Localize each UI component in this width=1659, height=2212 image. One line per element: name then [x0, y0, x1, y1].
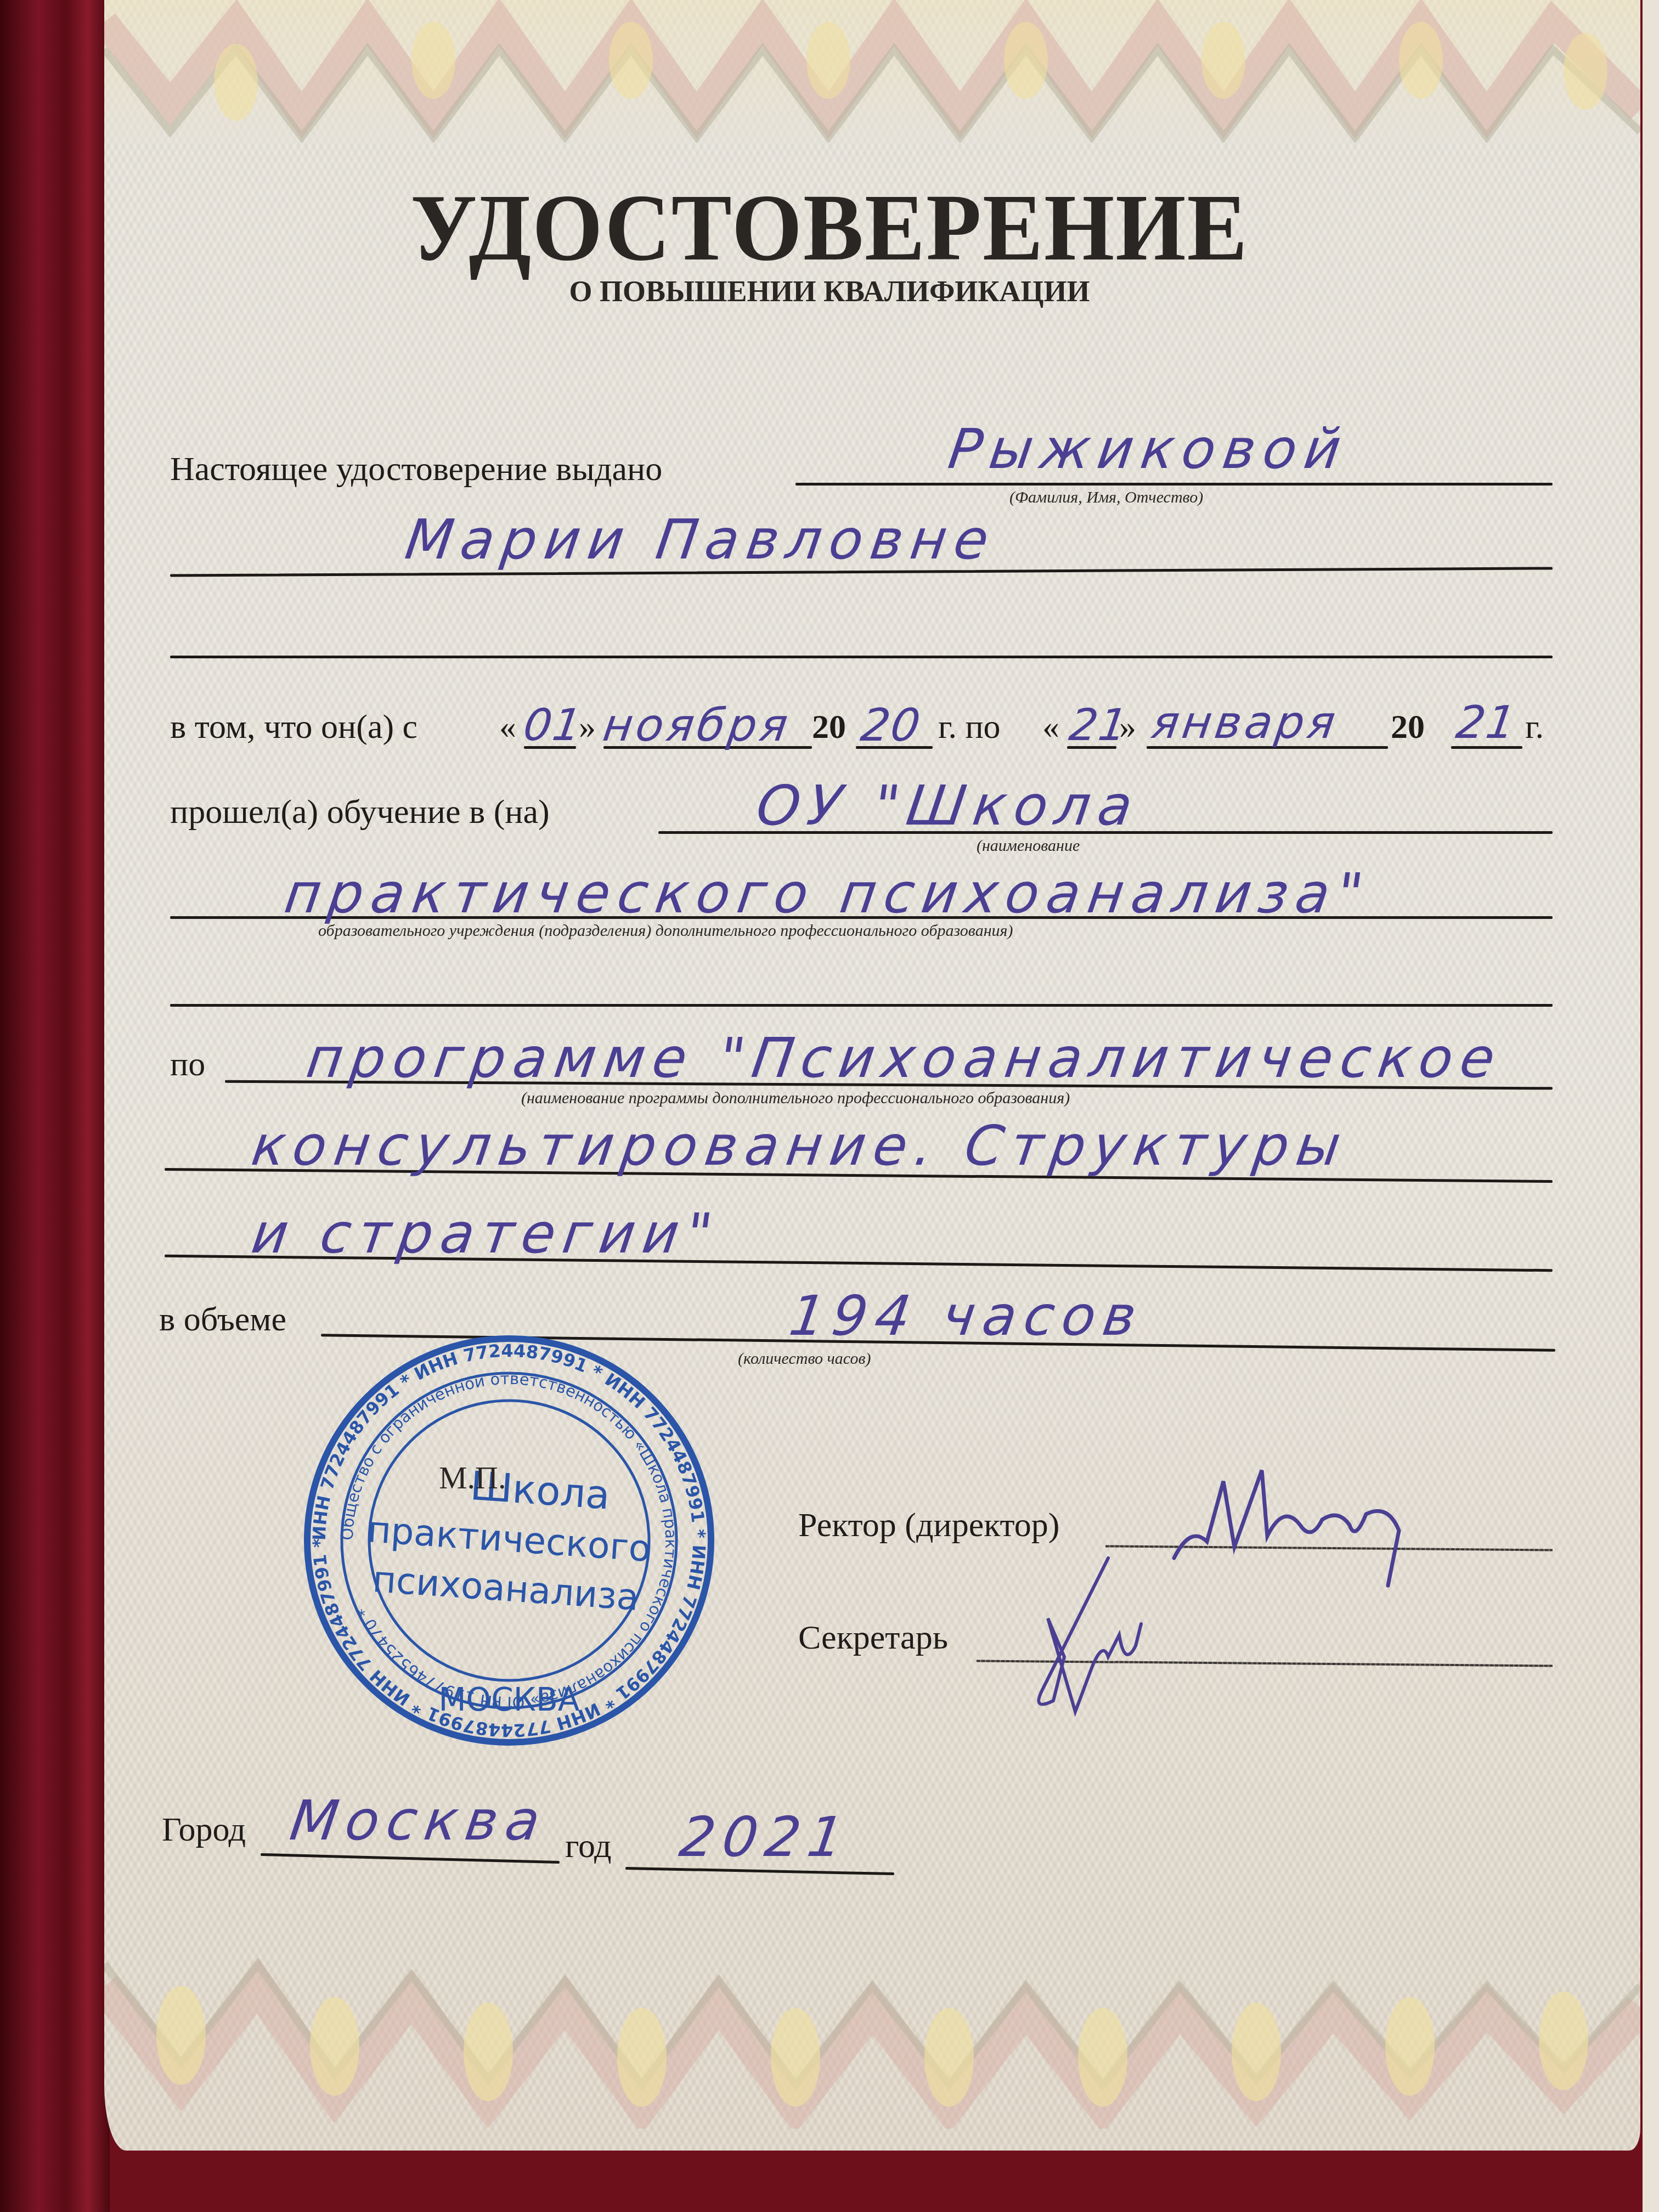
stamp-city: МОСКВА — [439, 1681, 580, 1718]
program-handwritten-1: программе "Психоаналитическое — [303, 1026, 1506, 1090]
from-year-prefix: 20 — [812, 708, 846, 747]
program-label: по — [170, 1045, 205, 1084]
from-year-handwritten: 20 — [857, 699, 924, 752]
city-handwritten: Москва — [286, 1788, 552, 1853]
open-quote-to: « — [1042, 708, 1059, 747]
to-year-prefix: 20 — [1391, 708, 1425, 747]
seal-place-label: М.П. — [439, 1459, 506, 1496]
program-hint: (наименование программы дополнительного … — [521, 1089, 1070, 1108]
to-year-handwritten: 21 — [1453, 697, 1520, 749]
year-handwritten: 2021 — [676, 1805, 855, 1869]
document-title: УДОСТОВЕРЕНИЕ — [0, 173, 1659, 283]
volume-handwritten: 194 часов — [786, 1284, 1148, 1348]
period-prefix: в том, что он(а) с — [170, 708, 417, 747]
year-suffix-label: г. — [1525, 708, 1544, 747]
secretary-signature — [1009, 1547, 1190, 1723]
to-label: г. по — [938, 708, 1001, 747]
cover-binding-left — [0, 0, 110, 2212]
secretary-label: Секретарь — [798, 1618, 948, 1657]
stamp-center-line-3: психоанализа — [371, 1558, 641, 1619]
from-day-handwritten: 01 — [520, 699, 585, 751]
city-label: Город — [162, 1810, 246, 1849]
program-handwritten-3: и стратегии" — [248, 1201, 724, 1266]
blank-line-2 — [170, 1004, 1553, 1007]
institution-label: прошел(а) обучение в (на) — [170, 793, 550, 832]
surname-line — [795, 483, 1553, 486]
close-quote-to: » — [1119, 708, 1136, 747]
document-subtitle: О ПОВЫШЕНИИ КВАЛИФИКАЦИИ — [0, 274, 1659, 308]
from-month-handwritten: ноября — [600, 699, 794, 752]
fio-hint: (Фамилия, Имя, Отчество) — [1009, 488, 1203, 507]
program-handwritten-2: консультирование. Структуры — [248, 1114, 1352, 1178]
open-quote-from: « — [499, 708, 516, 747]
rector-signature — [1158, 1459, 1448, 1591]
institution-handwritten-1: ОУ "Школа — [753, 774, 1144, 838]
institution-hint-2: образовательного учреждения (подразделен… — [318, 922, 1013, 940]
close-quote-from: » — [579, 708, 596, 747]
table-surface-right — [1643, 0, 1659, 2212]
to-month-handwritten: января — [1148, 697, 1341, 749]
volume-hint: (количество часов) — [738, 1350, 871, 1368]
name-patronymic-handwritten: Марии Павловне — [402, 507, 1001, 572]
official-stamp: ИНН 7724487991 * ИНН 7724487991 * ИНН 77… — [301, 1332, 718, 1749]
year-label: год — [565, 1827, 612, 1866]
surname-handwritten: Рыжиковой — [945, 417, 1352, 481]
decorative-band-bottom — [104, 1953, 1640, 2129]
issued-to-label: Настоящее удостоверение выдано — [170, 450, 662, 489]
volume-label: в объеме — [159, 1300, 286, 1339]
institution-hint-1: (наименование — [977, 837, 1080, 855]
blank-line-1 — [170, 656, 1553, 658]
rector-label: Ректор (директор) — [798, 1506, 1059, 1545]
institution-handwritten-2: практического психоанализа" — [281, 861, 1375, 926]
decorative-band-top — [104, 0, 1640, 143]
